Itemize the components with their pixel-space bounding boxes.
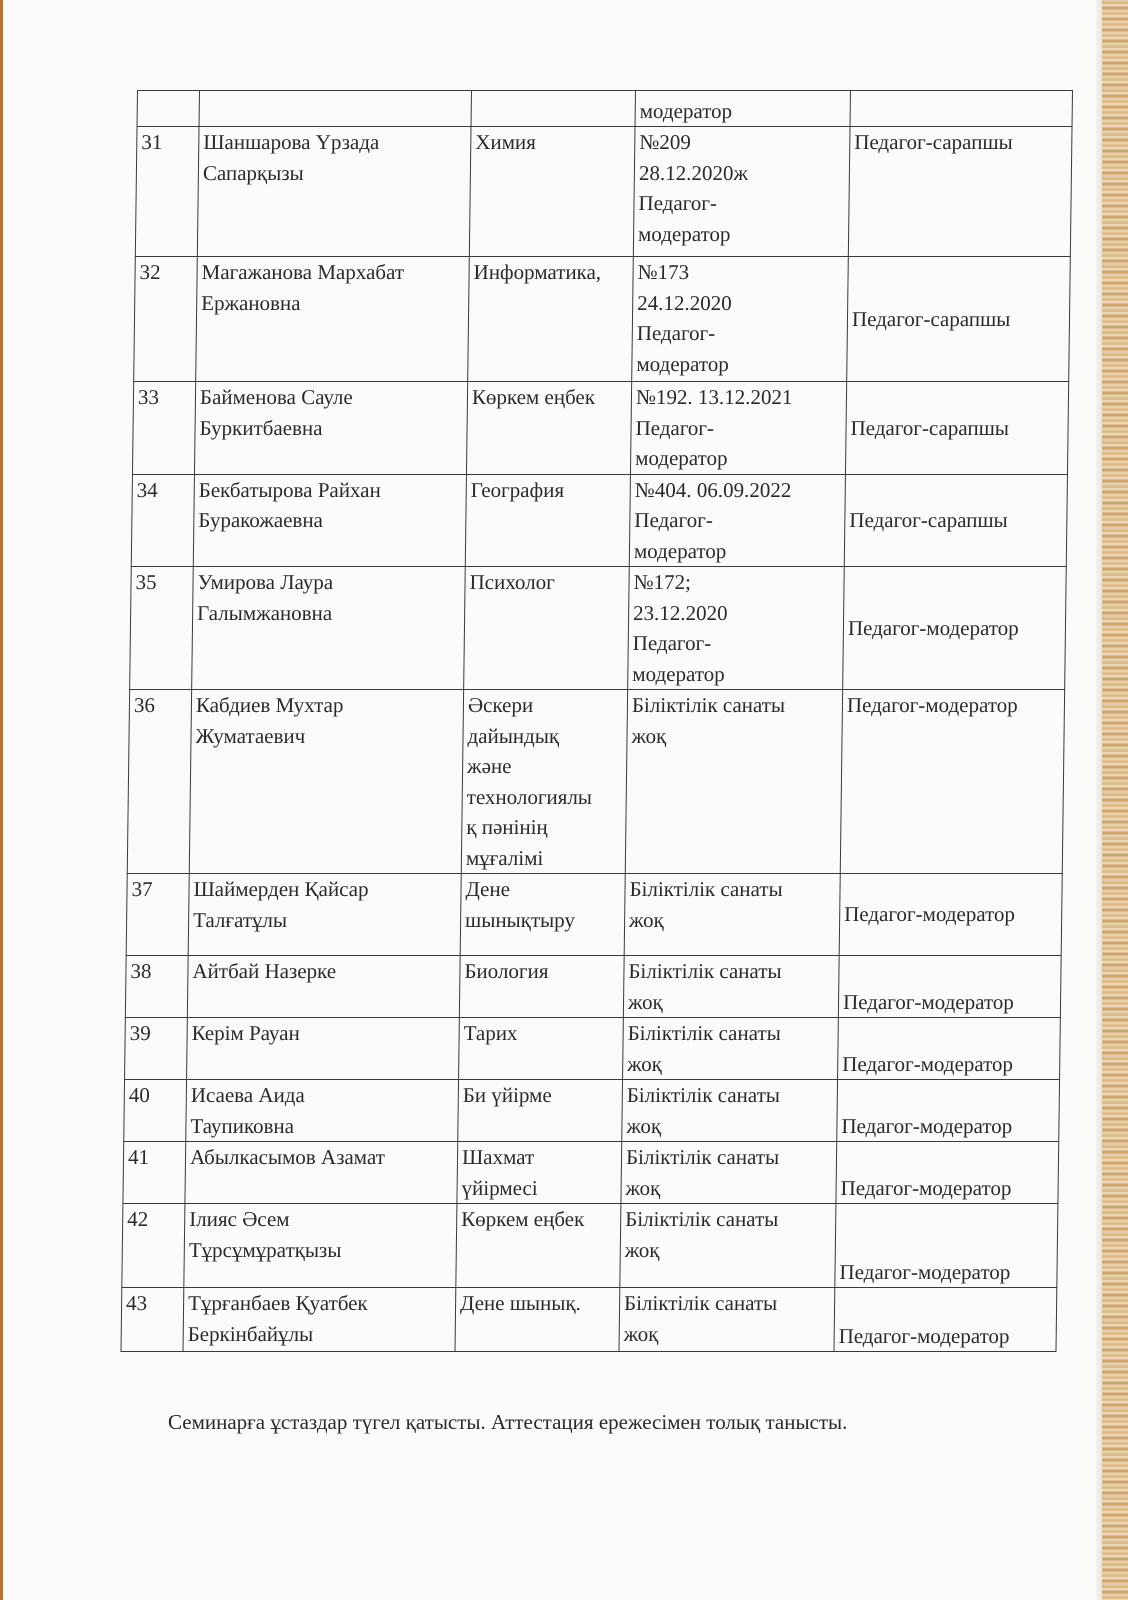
cell-subject: Дене шынық. bbox=[455, 1288, 620, 1352]
cell-result: Педагог-сарапшы bbox=[848, 127, 1072, 257]
cell-number: 40 bbox=[124, 1080, 187, 1142]
table-row: 37Шаймерден Қайсар ТалғатұлыДене шынықты… bbox=[126, 874, 1062, 956]
table-row: 32Магажанова Мархабат ЕржановнаИнформати… bbox=[134, 257, 1071, 382]
cell-name bbox=[199, 91, 471, 127]
page-left-edge bbox=[0, 0, 3, 1600]
cell-name: Шаймерден Қайсар Талғатұлы bbox=[188, 874, 461, 956]
cell-result bbox=[850, 91, 1072, 127]
table-row: 34Бекбатырова Райхан БуракожаевнаГеограф… bbox=[131, 474, 1067, 567]
cell-category: Біліктілік санаты жоқ bbox=[625, 690, 842, 874]
cell-name: Кабдиев Мухтар Жуматаевич bbox=[189, 690, 463, 874]
table-row: 36Кабдиев Мухтар ЖуматаевичӘскери дайынд… bbox=[127, 690, 1064, 874]
cell-category: Біліктілік санаты жоқ bbox=[624, 874, 840, 956]
cell-category: модератор bbox=[635, 91, 850, 127]
cell-number: 39 bbox=[125, 1018, 188, 1080]
cell-category: Біліктілік санаты жоқ bbox=[622, 1080, 838, 1142]
cell-category: №209 28.12.2020ж Педагог- модератор bbox=[633, 127, 850, 257]
cell-number: 36 bbox=[127, 690, 191, 874]
cell-subject: Көркем еңбек bbox=[466, 382, 631, 475]
cell-number: 38 bbox=[125, 956, 188, 1018]
cell-name: Керім Рауан bbox=[187, 1018, 460, 1080]
cell-number: 33 bbox=[132, 382, 195, 475]
cell-category: Біліктілік санаты жоқ bbox=[623, 1018, 839, 1080]
cell-category: Біліктілік санаты жоқ bbox=[621, 1142, 837, 1204]
cell-result: Педагог-сарапшы bbox=[847, 257, 1071, 382]
cell-name: Абылкасымов Азамат bbox=[185, 1142, 458, 1204]
cell-name: Айтбай Назерке bbox=[187, 956, 460, 1018]
table-row: 39Керім РауанТарихБіліктілік санаты жоқП… bbox=[125, 1018, 1061, 1080]
table-row: 42Ілияс Әсем ТұрсұмұратқызыКөркем еңбекБ… bbox=[122, 1204, 1058, 1288]
cell-number: 37 bbox=[126, 874, 189, 956]
cell-result: Педагог-модератор bbox=[836, 1142, 1059, 1204]
table-row-continuation: модератор bbox=[137, 91, 1072, 127]
table-row: 33Байменова Сауле БуркитбаевнаКөркем еңб… bbox=[132, 382, 1068, 475]
cell-category: Біліктілік санаты жоқ bbox=[619, 1288, 835, 1352]
table-row: 35Умирова Лаура ГалымжановнаПсихолог№172… bbox=[130, 567, 1067, 690]
table-row: 41Абылкасымов АзаматШахмат үйірмесіБілік… bbox=[123, 1142, 1059, 1204]
footer-note: Семинарға ұстаздар түгел қатысты. Аттест… bbox=[168, 1410, 847, 1435]
cell-result: Педагог-модератор bbox=[834, 1288, 1057, 1352]
table-row: 43Тұрғанбаев Қуатбек БеркінбайұлыДене шы… bbox=[121, 1288, 1057, 1352]
wooden-surface bbox=[1102, 0, 1128, 1600]
cell-result: Педагог-модератор bbox=[843, 567, 1067, 690]
cell-number: 34 bbox=[131, 474, 194, 567]
cell-subject: Тарих bbox=[459, 1018, 624, 1080]
cell-subject: Шахмат үйірмесі bbox=[457, 1142, 622, 1204]
table-row: 38Айтбай НазеркеБиологияБіліктілік санат… bbox=[125, 956, 1061, 1018]
cell-number bbox=[137, 91, 199, 127]
cell-category: №172; 23.12.2020 Педагог- модератор bbox=[628, 567, 845, 690]
cell-name: Умирова Лаура Галымжановна bbox=[192, 567, 466, 690]
cell-name: Тұрғанбаев Қуатбек Беркінбайұлы bbox=[183, 1288, 456, 1352]
cell-name: Магажанова Мархабат Ержановна bbox=[196, 257, 470, 382]
cell-number: 42 bbox=[122, 1204, 185, 1288]
cell-number: 41 bbox=[123, 1142, 186, 1204]
cell-subject: Биология bbox=[459, 956, 624, 1018]
table-body: модератор 31Шаншарова Үрзада СапарқызыХи… bbox=[121, 91, 1073, 1352]
cell-subject: Көркем еңбек bbox=[456, 1204, 621, 1288]
cell-result: Педагог-сарапшы bbox=[845, 382, 1068, 475]
cell-category: Біліктілік санаты жоқ bbox=[623, 956, 839, 1018]
cell-name: Байменова Сауле Буркитбаевна bbox=[194, 382, 467, 475]
table-row: 31Шаншарова Үрзада СапарқызыХимия№209 28… bbox=[135, 127, 1072, 257]
cell-result: Педагог-сарапшы bbox=[844, 474, 1067, 567]
cell-name: Бекбатырова Райхан Буракожаевна bbox=[193, 474, 466, 567]
cell-category: Біліктілік санаты жоқ bbox=[620, 1204, 836, 1288]
cell-result: Педагог-модератор bbox=[838, 1018, 1061, 1080]
cell-result: Педагог-модератор bbox=[840, 690, 1064, 874]
cell-subject: Би үйірме bbox=[458, 1080, 623, 1142]
cell-result: Педагог-модератор bbox=[839, 874, 1062, 956]
cell-result: Педагог-модератор bbox=[837, 1080, 1060, 1142]
cell-subject bbox=[471, 91, 635, 127]
cell-number: 32 bbox=[134, 257, 198, 382]
cell-number: 43 bbox=[121, 1288, 184, 1352]
table-row: 40Исаева Аида ТаупиковнаБи үйірмеБілікті… bbox=[124, 1080, 1060, 1142]
cell-name: Исаева Аида Таупиковна bbox=[186, 1080, 459, 1142]
cell-number: 35 bbox=[130, 567, 194, 690]
cell-result: Педагог-модератор bbox=[838, 956, 1061, 1018]
teachers-attestation-table: модератор 31Шаншарова Үрзада СапарқызыХи… bbox=[120, 90, 1073, 1352]
cell-category: №192. 13.12.2021 Педагог- модератор bbox=[630, 382, 846, 475]
cell-result: Педагог-модератор bbox=[835, 1204, 1058, 1288]
cell-subject: Дене шынықтыру bbox=[460, 874, 625, 956]
cell-category: №173 24.12.2020 Педагог- модератор bbox=[632, 257, 849, 382]
cell-subject: Психолог bbox=[464, 567, 630, 690]
cell-category: №404. 06.09.2022 Педагог- модератор bbox=[629, 474, 845, 567]
cell-number: 31 bbox=[135, 127, 199, 257]
cell-subject: Әскери дайындық және технологиялы қ пәні… bbox=[461, 690, 627, 874]
cell-subject: География bbox=[465, 474, 630, 567]
cell-subject: Химия bbox=[469, 127, 635, 257]
cell-name: Ілияс Әсем Тұрсұмұратқызы bbox=[184, 1204, 457, 1288]
cell-subject: Информатика, bbox=[468, 257, 634, 382]
cell-name: Шаншарова Үрзада Сапарқызы bbox=[197, 127, 471, 257]
